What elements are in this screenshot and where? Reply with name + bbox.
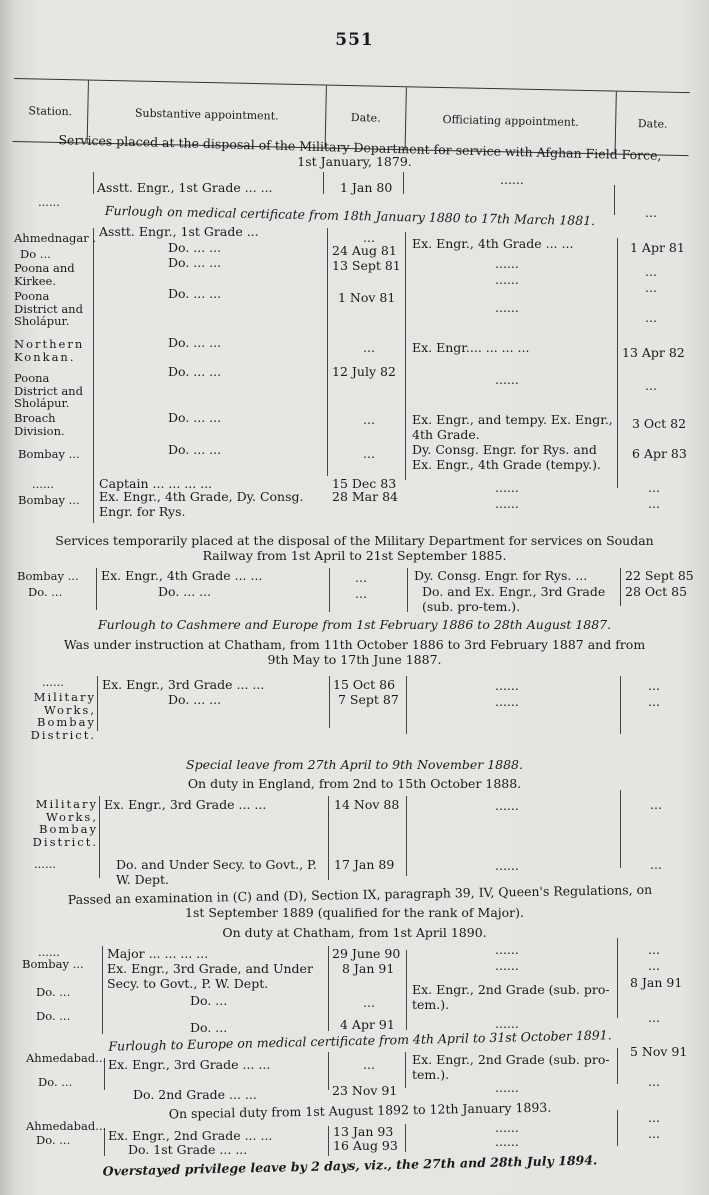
row-date1: ... — [355, 570, 367, 585]
row-date1: 29 June 90 — [332, 946, 400, 961]
row-date1: ... — [363, 995, 375, 1010]
row-officiating: ...... — [495, 372, 519, 387]
row-substantive: Asstt. Engr., 1st Grade ... ... — [97, 180, 273, 195]
row-station: Bombay ... — [17, 570, 79, 583]
row-date1: 13 Jan 93 — [333, 1124, 393, 1139]
row-substantive: Do. 1st Grade ... ... — [128, 1142, 247, 1157]
header-date2: Date. — [616, 92, 690, 156]
row-date1: 1 Nov 81 — [338, 290, 395, 305]
row-substantive: Asstt. Engr., 1st Grade ... — [99, 224, 259, 239]
row-date2: 8 Jan 91 — [630, 975, 682, 990]
section-heading: Services temporarily placed at the dispo… — [0, 533, 709, 548]
row-station: Poona District and Sholápur. — [14, 290, 92, 328]
row-station: Ahmedabad... — [26, 1052, 106, 1065]
row-substantive: Do. ... ... — [168, 240, 221, 255]
row-substantive: Ex. Engr., 3rd Grade, and Under Secy. to… — [107, 961, 329, 991]
row-date2: ... — [648, 480, 660, 495]
section-heading: 9th May to 17th June 1887. — [0, 652, 709, 667]
row-officiating: Ex. Engr., 4th Grade ... ... — [412, 236, 573, 251]
row-station: Ahmednagar . — [14, 232, 94, 245]
row-date2: ... — [648, 678, 660, 693]
row-date1: 8 Jan 91 — [342, 961, 394, 976]
row-date2: ... — [648, 1074, 660, 1089]
row-officiating: Ex. Engr., and tempy. Ex. Engr., 4th Gra… — [412, 412, 617, 442]
row-date1: 15 Oct 86 — [333, 677, 395, 692]
row-date2: ... — [645, 264, 657, 279]
row-date2: ... — [650, 857, 662, 872]
row-substantive: Do. ... ... — [168, 442, 221, 457]
row-station: Bombay ... — [18, 494, 80, 507]
row-date2: ... — [648, 942, 660, 957]
row-station: ...... — [34, 858, 56, 871]
row-officiating: ...... — [495, 798, 519, 813]
row-date2: 13 Apr 82 — [622, 345, 685, 360]
row-substantive: Do. ... ... — [168, 286, 221, 301]
row-date1: ... — [355, 586, 367, 601]
section-heading: 1st September 1889 (qualified for the ra… — [0, 905, 709, 920]
row-station: Do ... — [20, 248, 51, 261]
row-officiating: Ex. Engr., 2nd Grade (sub. pro-tem.). — [412, 982, 617, 1012]
row-station: Bombay ... — [22, 958, 84, 971]
row-officiating: ...... — [495, 858, 519, 873]
row-date1: 1 Jan 80 — [340, 180, 392, 195]
row-officiating: Do. and Ex. Engr., 3rd Grade (sub. pro-t… — [422, 584, 622, 614]
section-heading: Special leave from 27th April to 9th Nov… — [0, 757, 709, 772]
row-date2: ... — [648, 694, 660, 709]
row-station: Do. ... — [36, 1010, 70, 1023]
row-officiating: ...... — [495, 942, 519, 957]
row-date2: ... — [650, 797, 662, 812]
row-officiating: Dy. Consg. Engr. for Rys. ... — [414, 568, 587, 583]
row-station: Broach Division. — [14, 412, 94, 437]
page-number: 551 — [0, 30, 709, 50]
row-station: Poona and Kirkee. — [14, 262, 92, 287]
row-substantive: Do. 2nd Grade ... ... — [133, 1087, 257, 1102]
row-date1: ... — [363, 1057, 375, 1072]
row-date1: 28 Mar 84 — [332, 489, 398, 504]
row-date2: ... — [648, 1110, 660, 1125]
row-date2: ... — [645, 205, 657, 220]
row-officiating: ...... — [495, 256, 519, 271]
row-substantive: Ex. Engr., 2nd Grade ... ... — [108, 1128, 272, 1143]
section-heading: Furlough to Cashmere and Europe from 1st… — [0, 617, 709, 632]
row-date2: ... — [648, 496, 660, 511]
row-officiating: Dy. Consg. Engr. for Rys. and Ex. Engr.,… — [412, 442, 617, 472]
row-date2: 28 Oct 85 — [625, 584, 687, 599]
row-date1: 24 Aug 81 — [332, 243, 397, 258]
row-substantive: Do. ... ... — [168, 335, 221, 350]
section-heading: 1st January, 1879. — [0, 154, 709, 169]
row-substantive: Do. ... ... — [168, 692, 221, 707]
row-officiating: ...... — [500, 172, 524, 187]
row-officiating: ...... — [495, 958, 519, 973]
row-officiating: ...... — [495, 1120, 519, 1135]
row-officiating: ...... — [495, 300, 519, 315]
row-date1: ... — [363, 340, 375, 355]
row-date1: 12 July 82 — [332, 364, 396, 379]
row-date2: 6 Apr 83 — [632, 446, 687, 461]
row-officiating: ...... — [495, 694, 519, 709]
row-date2: ... — [648, 1010, 660, 1025]
row-date1: 7 Sept 87 — [338, 692, 399, 707]
row-officiating: ...... — [495, 272, 519, 287]
row-station: ...... — [42, 676, 64, 689]
row-station: Do. ... — [36, 986, 70, 999]
row-officiating: ...... — [495, 1080, 519, 1095]
row-substantive: Ex. Engr., 3rd Grade ... ... — [104, 797, 266, 812]
row-date2: 5 Nov 91 — [630, 1044, 687, 1059]
row-substantive: Do. ... — [190, 993, 227, 1008]
row-station: Bombay ... — [18, 448, 80, 461]
row-officiating: ...... — [495, 480, 519, 495]
row-substantive: Ex. Engr., 4th Grade ... ... — [101, 568, 262, 583]
row-substantive: Do. ... ... — [168, 255, 221, 270]
row-date2: ... — [645, 280, 657, 295]
row-station: Do. ... — [36, 1134, 70, 1147]
row-substantive: Major ... ... ... ... — [107, 946, 208, 961]
row-date1: ... — [363, 412, 375, 427]
row-station: Military Works, Bombay District. — [18, 691, 96, 741]
section-heading: On duty in England, from 2nd to 15th Oct… — [0, 776, 709, 791]
row-date1: 4 Apr 91 — [340, 1017, 395, 1032]
row-date1: 16 Aug 93 — [333, 1138, 398, 1153]
row-date2: 22 Sept 85 — [625, 568, 694, 583]
row-date2: ... — [648, 1126, 660, 1141]
row-officiating: ...... — [495, 678, 519, 693]
row-date2: ... — [645, 378, 657, 393]
row-substantive: Do. ... ... — [168, 410, 221, 425]
section-heading: On duty at Chatham, from 1st April 1890. — [0, 925, 709, 940]
row-station: Do. ... — [28, 586, 62, 599]
row-station: Northern Konkan. — [14, 338, 92, 363]
row-substantive: Ex. Engr., 3rd Grade ... ... — [102, 677, 264, 692]
row-substantive: Do. ... ... — [158, 584, 211, 599]
row-station: ...... — [32, 478, 54, 491]
row-station: Poona District and Sholápur. — [14, 372, 92, 410]
section-heading: Was under instruction at Chatham, from 1… — [0, 637, 709, 652]
row-substantive: Ex. Engr., 4th Grade, Dy. Consg. Engr. f… — [99, 489, 329, 519]
row-substantive: Do. ... ... — [168, 364, 221, 379]
row-substantive: Do. and Under Secy. to Govt., P. W. Dept… — [116, 857, 331, 887]
row-substantive: Do. ... — [190, 1020, 227, 1035]
row-date1: 17 Jan 89 — [334, 857, 394, 872]
section-heading: Railway from 1st April to 21st September… — [0, 548, 709, 563]
row-station: ...... — [38, 196, 60, 209]
document-page: 551 Station. Substantive appointment. Da… — [0, 0, 709, 1195]
row-date1: 23 Nov 91 — [332, 1083, 397, 1098]
row-officiating: Ex. Engr.... ... ... ... — [412, 340, 529, 355]
row-officiating: ...... — [495, 1134, 519, 1149]
row-date1: ... — [363, 446, 375, 461]
row-officiating: ...... — [495, 496, 519, 511]
row-date2: 1 Apr 81 — [630, 240, 685, 255]
row-date1: 13 Sept 81 — [332, 258, 401, 273]
row-date1: 14 Nov 88 — [334, 797, 399, 812]
row-date2: 3 Oct 82 — [632, 416, 686, 431]
row-substantive: Ex. Engr., 3rd Grade ... ... — [108, 1057, 270, 1072]
row-station: Do. ... — [38, 1076, 72, 1089]
row-date2: ... — [645, 310, 657, 325]
row-officiating: Ex. Engr., 2nd Grade (sub. pro-tem.). — [412, 1052, 617, 1082]
row-station: Ahmedabad... — [26, 1120, 106, 1133]
row-date2: ... — [648, 958, 660, 973]
row-station: Military Works, Bombay District. — [18, 798, 98, 848]
